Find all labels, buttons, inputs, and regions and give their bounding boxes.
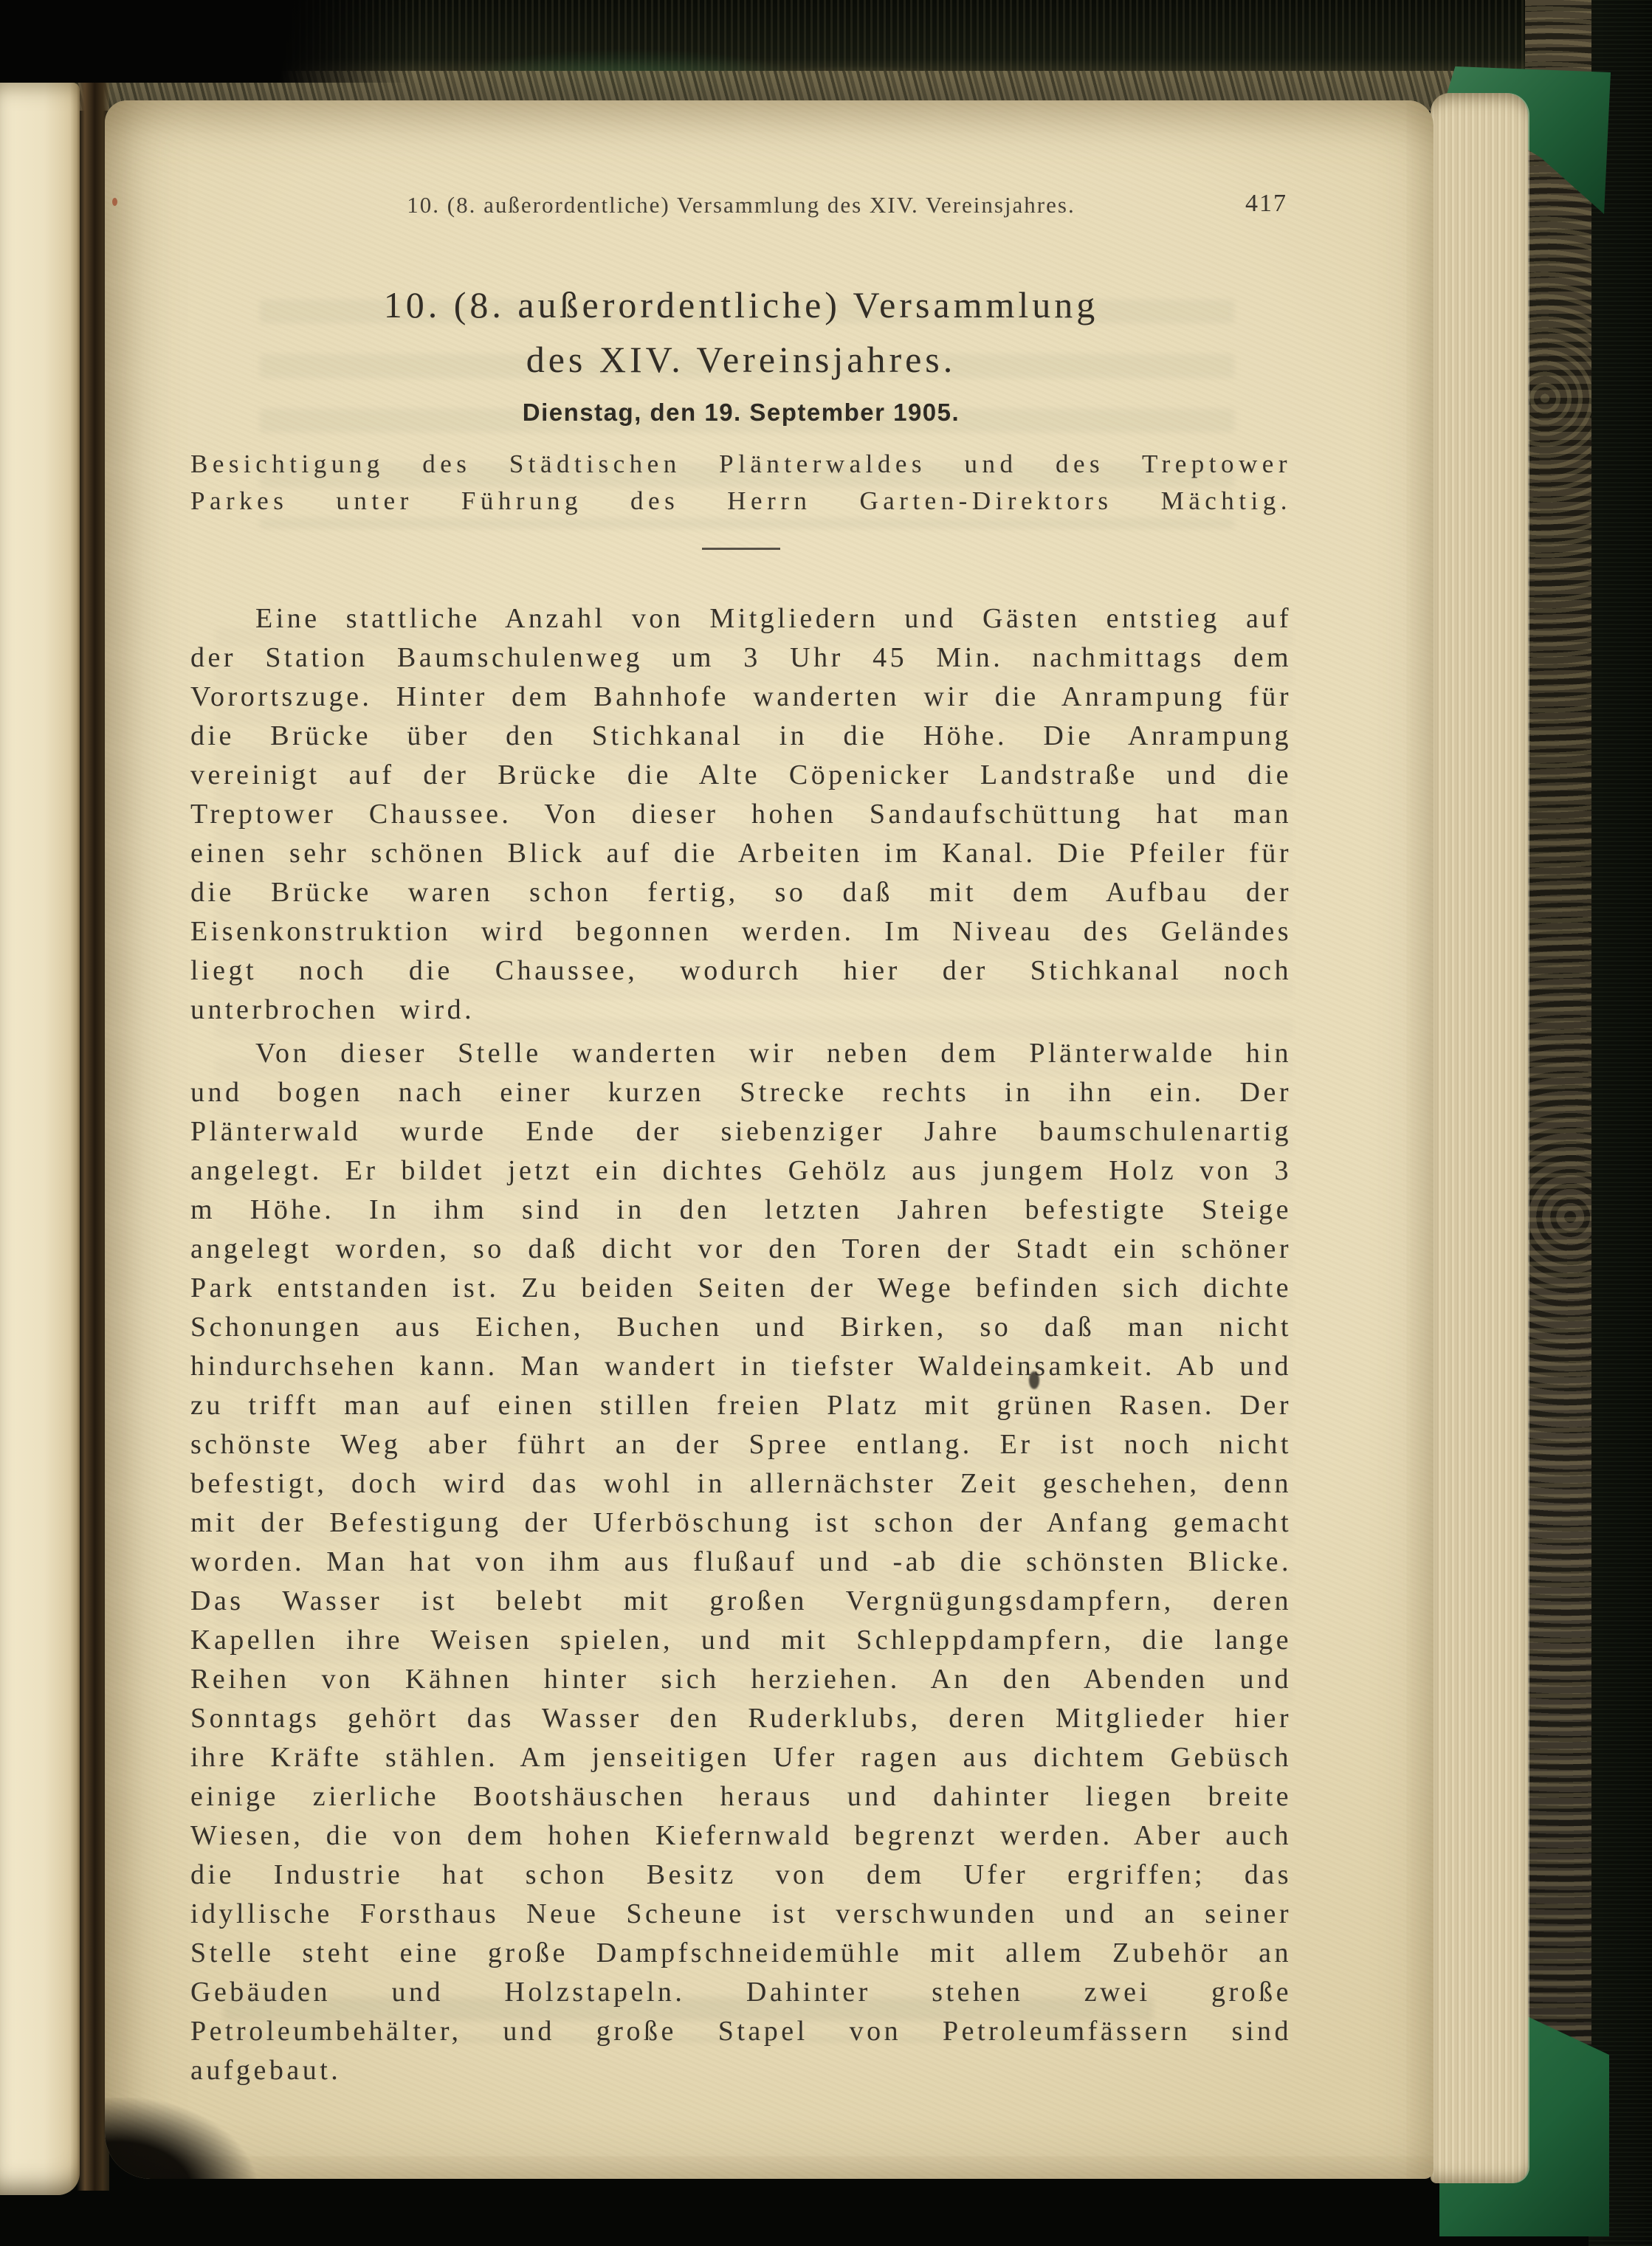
book-cover-right	[1589, 0, 1652, 2246]
running-header: 10. (8. außerordentliche) Versammlung de…	[190, 192, 1292, 224]
paragraph: Eine stattliche Anzahl von Mitgliedern u…	[190, 599, 1292, 1030]
section-divider	[702, 548, 780, 550]
chapter-title-line-1: 10. (8. außerordentliche) Versammlung	[190, 278, 1292, 332]
running-header-title: 10. (8. außerordentliche) Versammlung de…	[407, 192, 1075, 218]
scanned-book-photo: 10. (8. außerordentliche) Versammlung de…	[0, 0, 1652, 2246]
fore-edge-page-stack	[1431, 93, 1528, 2183]
text-block: 10. (8. außerordentliche) Versammlung de…	[190, 100, 1292, 2179]
book-page: 10. (8. außerordentliche) Versammlung de…	[105, 100, 1434, 2179]
facing-page-sliver	[0, 83, 80, 2195]
spine-shadow	[0, 0, 458, 83]
chapter-title: 10. (8. außerordentliche) Versammlung de…	[190, 278, 1292, 387]
body-text: Eine stattliche Anzahl von Mitgliedern u…	[190, 599, 1292, 2095]
chapter-title-line-2: des XIV. Vereinsjahres.	[190, 332, 1292, 387]
paragraph: Von dieser Stelle wanderten wir neben de…	[190, 1034, 1292, 2090]
paper-speck	[112, 198, 117, 206]
subtitle: Besichtigung des Städtischen Plänterwald…	[190, 446, 1292, 520]
marbled-cover-edge	[1525, 0, 1591, 2213]
date-line: Dienstag, den 19. September 1905.	[190, 399, 1292, 427]
page-number: 417	[1245, 190, 1287, 218]
